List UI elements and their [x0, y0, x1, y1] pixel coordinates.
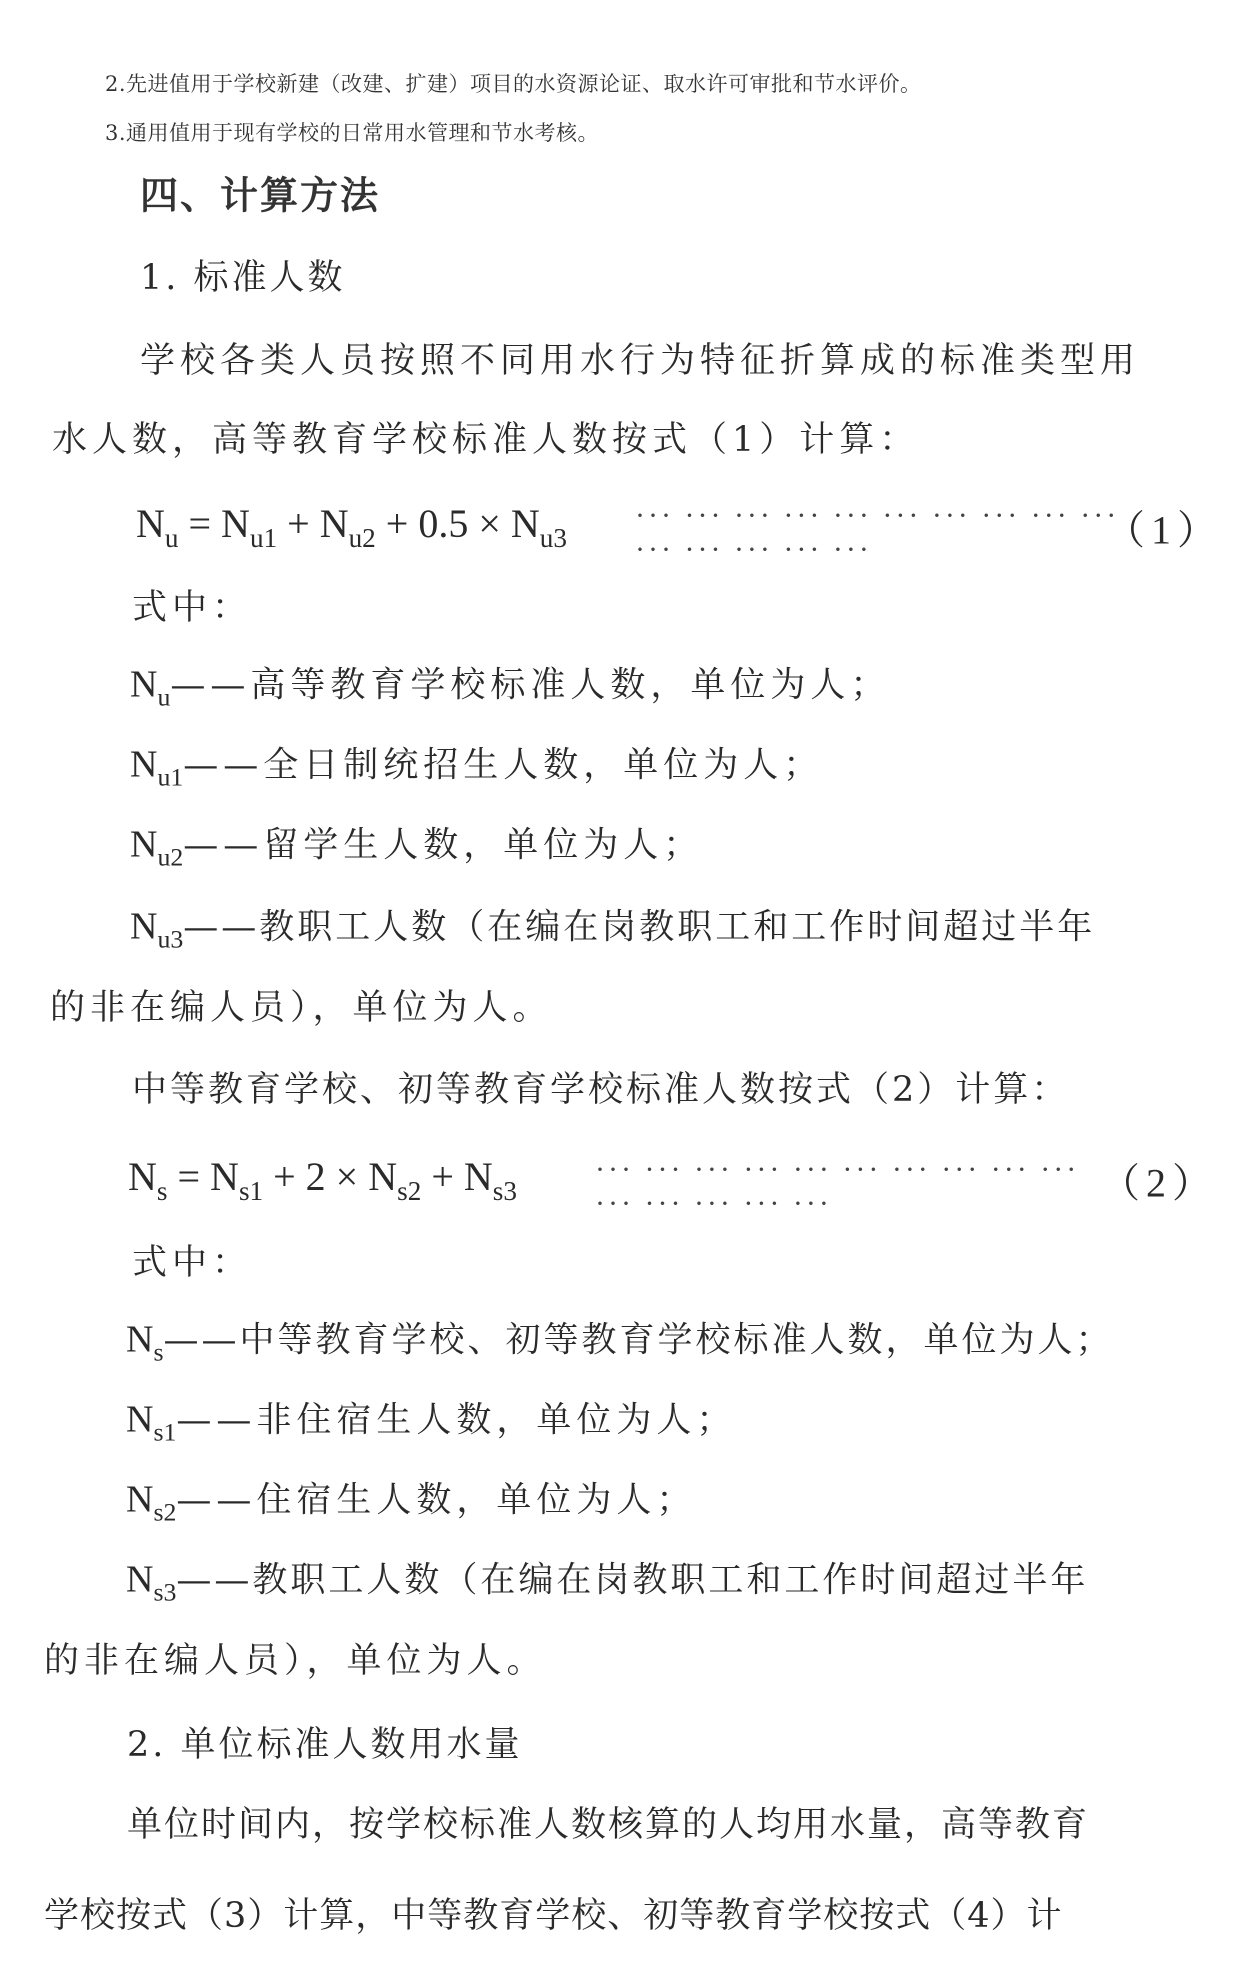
formula-symbol: N [464, 1154, 493, 1199]
formula-subscript: u2 [349, 523, 376, 553]
formula-subscript: s [157, 1176, 168, 1206]
formula-symbol: N [128, 1154, 157, 1199]
where-label: 式中： [132, 1235, 252, 1285]
formula-subscript: u1 [250, 523, 277, 553]
definition-item: Ns——中等教育学校、初等教育学校标准人数，单位为人； [126, 1312, 1114, 1367]
definition-item: Ns2——住宿生人数，单位为人； [126, 1472, 696, 1527]
variable-symbol: Ns1 [126, 1398, 176, 1440]
subsection-title-1: 1. 标准人数 [140, 250, 346, 300]
definition-continuation: 的非在编人员），单位为人。 [50, 980, 553, 1030]
definition-continuation: 的非在编人员），单位为人。 [44, 1633, 547, 1683]
definition-item: Nu3——教职工人数（在编在岗教职工和工作时间超过半年 [130, 899, 1095, 954]
formula-2: Ns = Ns1 + 2 × Ns2 + Ns3 [128, 1153, 517, 1207]
definition-text: ——全日制统招生人数，单位为人； [183, 745, 823, 785]
formula-subscript: s3 [493, 1176, 517, 1206]
formula-symbol: N [511, 501, 540, 546]
formula-symbol: N [368, 1154, 397, 1199]
equation-number: （1） [1105, 499, 1223, 556]
formula-subscript: s2 [397, 1176, 421, 1206]
formula-operator: = [178, 501, 221, 546]
definition-text: ——中等教育学校、初等教育学校标准人数，单位为人； [164, 1320, 1114, 1360]
paragraph-line: 水人数，高等教育学校标准人数按式（1）计算： [52, 412, 919, 462]
formula-symbol: N [221, 501, 250, 546]
definition-item: Nu2——留学生人数，单位为人； [130, 817, 703, 872]
definition-text: ——住宿生人数，单位为人； [176, 1480, 696, 1520]
variable-symbol: Nu1 [130, 743, 183, 785]
definition-item: Ns3——教职工人数（在编在岗教职工和工作时间超过半年 [126, 1552, 1088, 1607]
definition-item: Ns1——非住宿生人数，单位为人； [126, 1392, 736, 1447]
definition-text: ——高等教育学校标准人数，单位为人； [170, 665, 890, 705]
formula-operator: + [277, 501, 320, 546]
definition-item: Nu1——全日制统招生人数，单位为人； [130, 737, 823, 792]
formula-subscript: u3 [540, 523, 567, 553]
list-item-2: 2.先进值用于学校新建（改建、扩建）项目的水资源论证、取水许可审批和节水评价。 [105, 68, 922, 98]
definition-text: ——留学生人数，单位为人； [183, 825, 703, 865]
formula-1: Nu = Nu1 + Nu2 + 0.5 × Nu3 [136, 500, 567, 554]
definition-text: ——教职工人数（在编在岗教职工和工作时间超过半年 [176, 1560, 1088, 1600]
variable-symbol: Ns [126, 1318, 164, 1360]
formula-subscript: s1 [239, 1176, 263, 1206]
equation-number: （2） [1100, 1152, 1218, 1209]
formula-operator: + [421, 1154, 464, 1199]
paragraph-line: 学校各类人员按照不同用水行为特征折算成的标准类型用 [140, 333, 1140, 383]
leader-dots: ··· ··· ··· ··· ··· ··· ··· ··· ··· ··· … [635, 499, 1142, 567]
formula-subscript: u [165, 523, 179, 553]
variable-symbol: Ns2 [126, 1478, 176, 1520]
variable-symbol: Nu2 [130, 823, 183, 865]
formula-operator: + 0.5 × [376, 501, 511, 546]
paragraph-line: 中等教育学校、初等教育学校标准人数按式（2）计算： [132, 1062, 1069, 1112]
list-item-3: 3.通用值用于现有学校的日常用水管理和节水考核。 [105, 117, 599, 147]
variable-symbol: Ns3 [126, 1558, 176, 1600]
variable-symbol: Nu [130, 663, 170, 705]
definition-text: ——非住宿生人数，单位为人； [176, 1400, 736, 1440]
formula-operator: = [167, 1154, 210, 1199]
formula-symbol: N [320, 501, 349, 546]
subsection-title-2: 2. 单位标准人数用水量 [127, 1717, 523, 1767]
formula-symbol: N [136, 501, 165, 546]
variable-symbol: Nu3 [130, 905, 183, 947]
paragraph-line: 学校按式（3）计算，中等教育学校、初等教育学校按式（4）计 [44, 1888, 1063, 1938]
where-label: 式中： [132, 580, 252, 630]
definition-text: ——教职工人数（在编在岗教职工和工作时间超过半年 [183, 907, 1095, 947]
formula-operator: + 2 × [263, 1154, 368, 1199]
formula-symbol: N [210, 1154, 239, 1199]
leader-dots: ··· ··· ··· ··· ··· ··· ··· ··· ··· ··· … [595, 1153, 1107, 1221]
section-heading: 四、计算方法 [140, 165, 380, 220]
paragraph-line: 单位时间内，按学校标准人数核算的人均用水量，高等教育 [127, 1797, 1089, 1847]
definition-item: Nu——高等教育学校标准人数，单位为人； [130, 657, 890, 712]
